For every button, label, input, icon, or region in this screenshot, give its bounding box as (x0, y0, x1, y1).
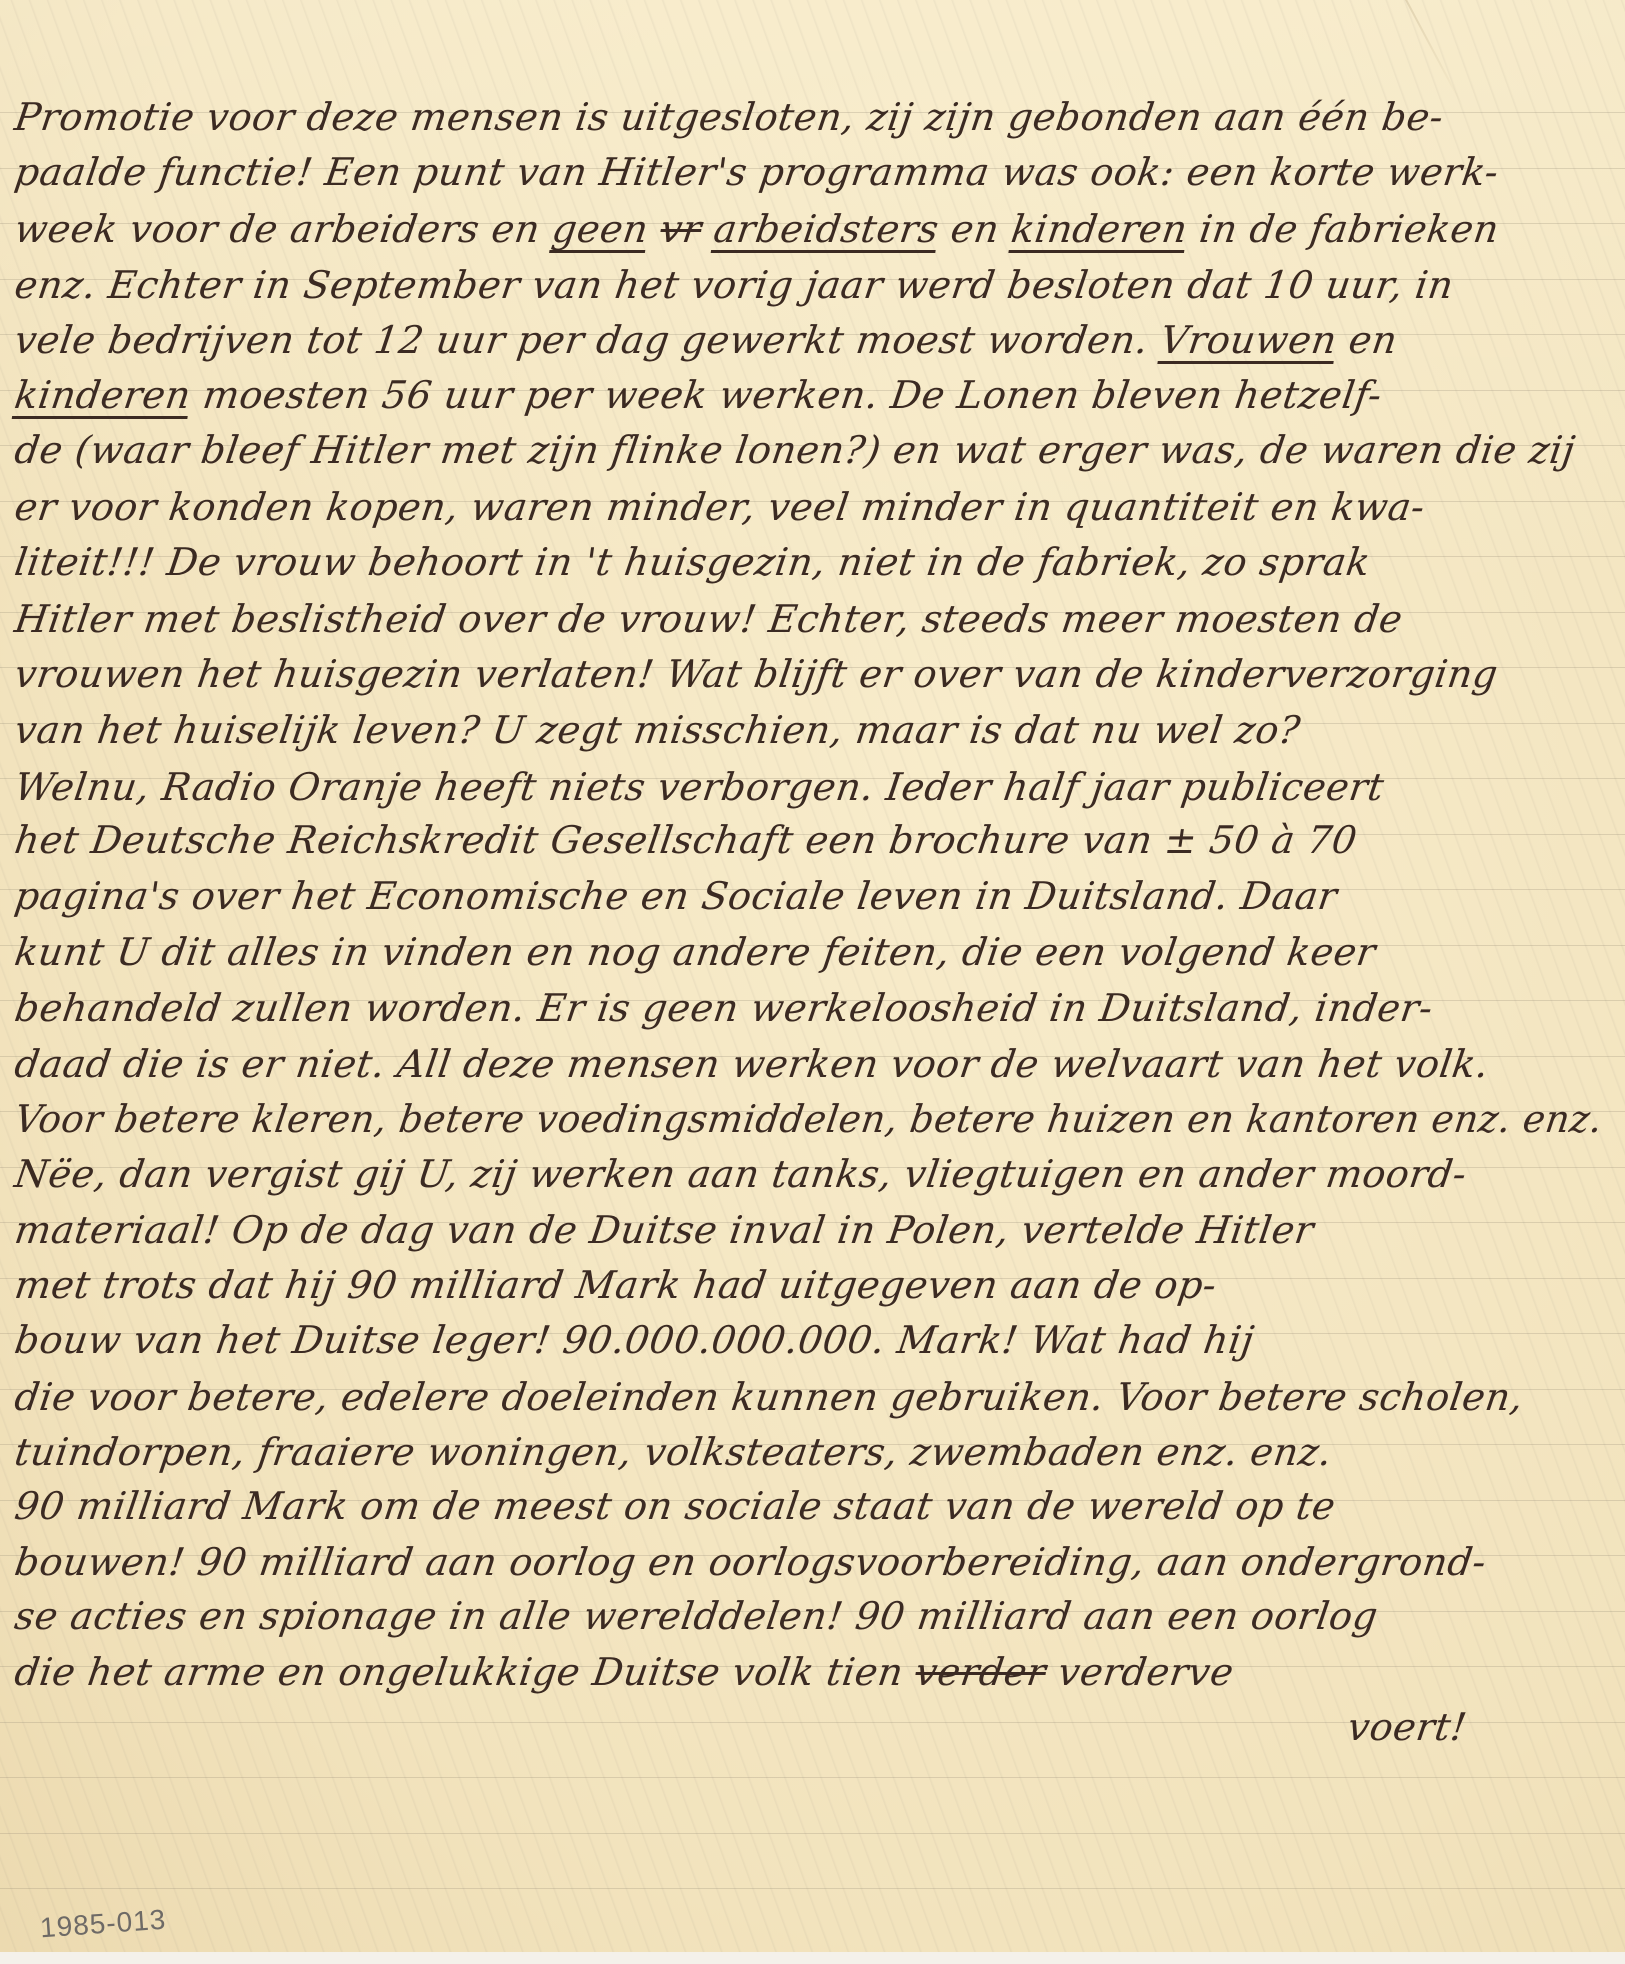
letter-line-10: Hitler met beslistheid over de vrouw! Ec… (12, 597, 1406, 641)
letter-line-27: bouwen! 90 milliard aan oorlog en oorlog… (12, 1540, 1489, 1584)
letter-line-3: week voor de arbeiders en geen vr arbeid… (12, 207, 1502, 251)
text-segment: week voor de arbeiders en (12, 207, 556, 251)
text-segment: en (936, 207, 1015, 251)
letter-line-17: behandeld zullen worden. Er is geen werk… (12, 986, 1436, 1030)
letter-line-29: die het arme en ongelukkige Duitse volk … (12, 1650, 1237, 1694)
letter-line-22: met trots dat hij 90 milliard Mark had u… (12, 1263, 1220, 1307)
letter-line-6: kinderen moesten 56 uur per week werken.… (12, 373, 1385, 417)
struck-through-word: vr (658, 207, 705, 251)
letter-line-11: vrouwen het huisgezin verlaten! Wat blij… (12, 652, 1501, 696)
ruled-line (0, 1777, 1625, 1778)
underlined-word: kinderen (1009, 207, 1191, 251)
letter-line-20: Nëe, dan vergist gij U, zij werken aan t… (12, 1152, 1470, 1196)
letter-line-14: het Deutsche Reichskredit Gesellschaft e… (12, 818, 1360, 862)
letter-line-30: voert! (1345, 1705, 1470, 1749)
ruled-line (0, 1888, 1625, 1889)
letter-line-21: materiaal! Op de dag van de Duitse inval… (12, 1208, 1317, 1252)
text-segment: in de fabrieken (1184, 207, 1502, 251)
text-segment: moesten 56 uur per week werken. De Lonen… (188, 373, 1385, 417)
letter-line-25: tuindorpen, fraaiere woningen, volksteat… (12, 1430, 1335, 1474)
paper-bottom-edge (0, 1952, 1625, 1964)
underlined-word: Vrouwen (1158, 318, 1340, 362)
underlined-word: kinderen (12, 373, 194, 417)
text-segment: verderve (1043, 1650, 1237, 1694)
letter-line-19: Voor betere kleren, betere voedingsmidde… (12, 1097, 1605, 1141)
underlined-word: arbeidsters (711, 207, 942, 251)
letter-line-24: die voor betere, edelere doeleinden kunn… (12, 1375, 1526, 1419)
letter-line-7: de (waar bleef Hitler met zijn flinke lo… (12, 428, 1578, 472)
text-segment: die het arme en ongelukkige Duitse volk … (12, 1650, 919, 1694)
text-segment: vele bedrijven tot 12 uur per dag gewerk… (12, 318, 1164, 362)
letter-line-12: van het huiselijk leven? U zegt misschie… (12, 708, 1303, 752)
letter-line-15: pagina's over het Economische en Sociale… (12, 874, 1340, 918)
letter-line-9: liteit!!! De vrouw behoort in 't huisgez… (12, 540, 1373, 584)
letter-line-23: bouw van het Duitse leger! 90.000.000.00… (12, 1318, 1257, 1362)
underlined-word: geen (549, 207, 651, 251)
text-segment: en (1334, 318, 1401, 362)
letter-line-2: paalde functie! Een punt van Hitler's pr… (12, 150, 1501, 194)
letter-line-5: vele bedrijven tot 12 uur per dag gewerk… (12, 318, 1400, 362)
ruled-line (0, 1833, 1625, 1834)
letter-line-8: er voor konden kopen, waren minder, veel… (12, 485, 1428, 529)
letter-line-1: Promotie voor deze mensen is uitgesloten… (12, 95, 1446, 139)
letter-line-18: daad die is er niet. All deze mensen wer… (12, 1042, 1492, 1086)
struck-through-word: verder (913, 1650, 1049, 1694)
letter-line-4: enz. Echter in September van het vorig j… (12, 263, 1456, 307)
letter-line-13: Welnu, Radio Oranje heeft niets verborge… (12, 765, 1387, 809)
letter-line-28: se acties en spionage in alle werelddele… (12, 1594, 1381, 1638)
letter-line-16: kunt U dit alles in vinden en nog andere… (12, 930, 1379, 974)
letter-line-26: 90 milliard Mark om de meest on sociale … (12, 1484, 1338, 1528)
